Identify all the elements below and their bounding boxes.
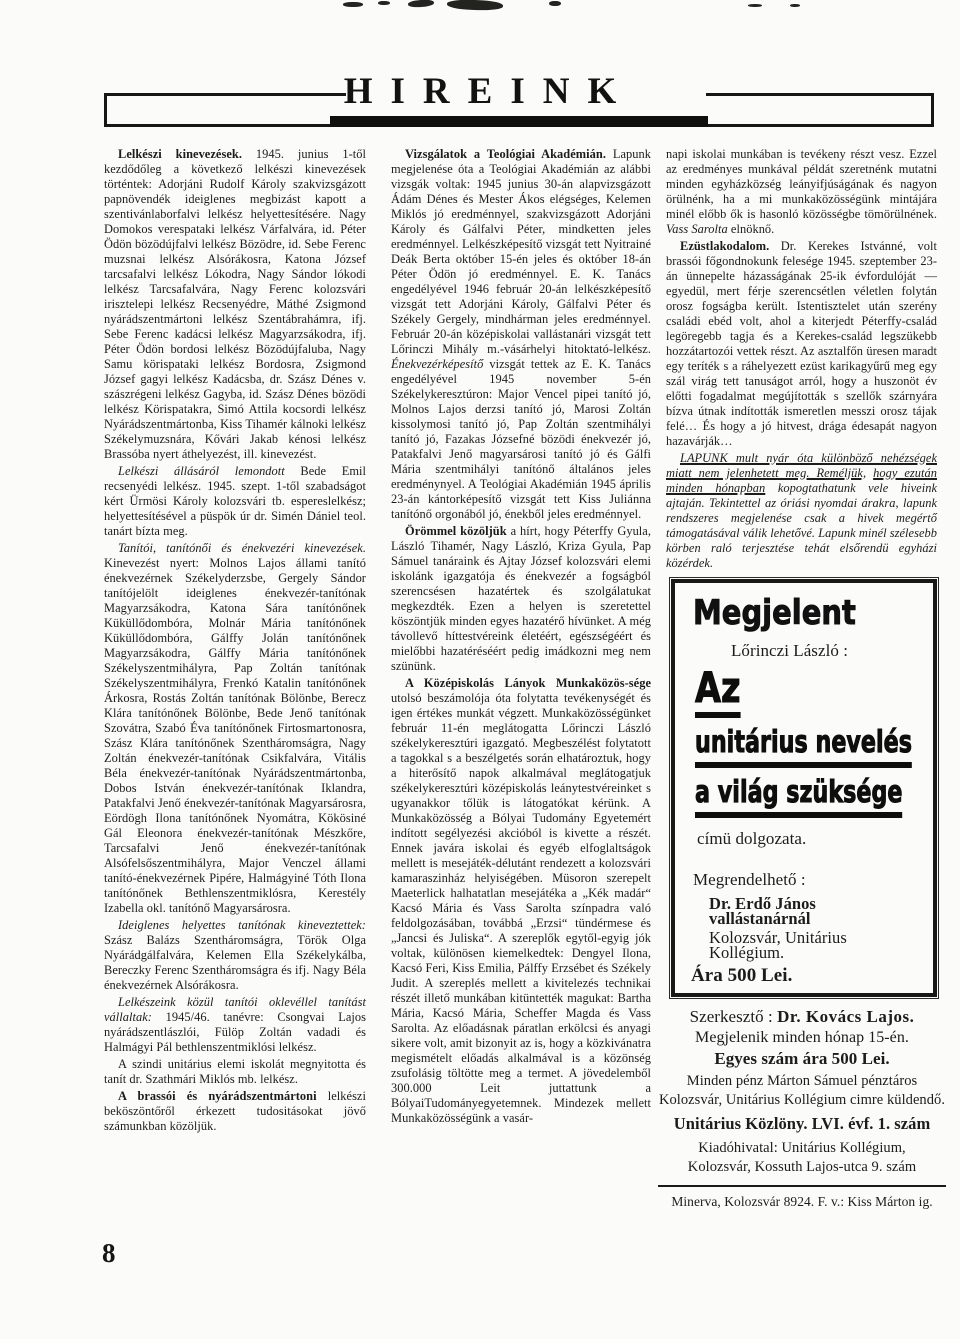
column-3-text: napi iskolai munkában is tevékeny részt … — [666, 147, 937, 571]
scan-smudge — [790, 4, 800, 7]
paragraph-text: utolsó beszámolója óta folytatta tevéken… — [391, 691, 651, 1125]
paragraph-text: Tanítói, tanítónői és énekvezéri kinevez… — [118, 541, 366, 555]
imprint-money-note: Minden pénz Márton Sámuel pénztáros Kolo… — [656, 1072, 948, 1109]
imprint-publisher: Kiadóhivatal: Unitárius Kollégium, Koloz… — [656, 1139, 948, 1177]
paragraph-text: Szász Balázs Szentháromságra, Török Olga… — [104, 933, 366, 992]
scan-smudge — [549, 1, 561, 6]
paragraph-lead: Ezüstlakodalom. — [680, 239, 769, 253]
decorative-rule — [708, 124, 934, 127]
paragraph-text: Lelkészi állásáról lemondott — [118, 464, 285, 478]
paragraph: Lelkészeink közül tanítói oklevéllel tan… — [104, 995, 366, 1055]
imprint-frequency: Megjelenik minden hónap 15-én. — [656, 1030, 948, 1045]
paragraph-text: Lapunk megjelenése óta a Teológiai Akadé… — [391, 147, 651, 356]
imprint-editor-name: Dr. Kovács Lajos. — [777, 1007, 914, 1026]
column-3: napi iskolai munkában is tevékeny részt … — [666, 147, 937, 1209]
scan-smudge — [748, 4, 762, 7]
imprint-editor: Szerkesztő : Dr. Kovács Lajos. — [656, 1009, 948, 1024]
imprint-issue-price: Egyes szám ára 500 Lei. — [656, 1051, 948, 1066]
paragraph-lead: Lelkészi kinevezések. — [118, 147, 242, 161]
imprint-money-note-line1: Minden pénz Márton Sámuel pénztáros — [656, 1072, 948, 1091]
paragraph-text: a hírt, hogy Péterffy Gyula, László Tiha… — [391, 524, 651, 673]
imprint-journal-issue: Unitárius Közlöny. LVI. évf. 1. szám — [656, 1116, 948, 1131]
scan-smudge — [378, 1, 390, 5]
paragraph: A Középiskolás Lányok Munkaközös-sége ut… — [391, 676, 651, 1126]
paragraph: Lelkészi állásáról lemondott Bede Emil r… — [104, 464, 366, 539]
paragraph-text: Dr. Kerekes Istvánné, volt brassói főgon… — [666, 239, 937, 448]
page-number: 8 — [102, 1238, 116, 1269]
advert-author: Lőrinczi László : — [731, 643, 921, 658]
paragraph: Ideiglenes helyettes tanítónak kinevezte… — [104, 918, 366, 993]
imprint-publisher-line2: Kolozsvár, Kossuth Lajos-utca 9. szám — [656, 1158, 948, 1177]
paragraph: Örömmel közöljük a hírt, hogy Péterffy G… — [391, 524, 651, 674]
advert-title-line-3: a világ szüksége — [695, 777, 903, 818]
paragraph-lead: Örömmel közöljük — [405, 524, 507, 538]
advert-title-line-1: Az — [695, 667, 741, 718]
paragraph: napi iskolai munkában is tevékeny részt … — [666, 147, 937, 237]
scan-smudge — [408, 0, 434, 8]
paragraph: LAPUNK mult nyár óta különböző nehézsége… — [666, 451, 937, 571]
advert-order-address: Kolozsvár, Unitárius Kollégium. — [709, 930, 921, 960]
paragraph: A brassói és nyárádszentmártoni lelkészi… — [104, 1089, 366, 1134]
scan-smudge — [447, 0, 503, 11]
paragraph-text: Vass Sarolta — [666, 222, 728, 236]
advert-price: Ára 500 Lei. — [691, 968, 921, 983]
paragraph-text: Kinevezést nyert: Molnos Lajos állami ta… — [104, 556, 366, 915]
section-title: HIREINK — [0, 70, 960, 113]
column-2: Vizsgálatok a Teológiai Akadémián. Lapun… — [391, 147, 651, 1128]
imprint-money-note-line2: Kolozsvár, Unitárius Kollégium cimre kül… — [656, 1091, 948, 1110]
scan-smudge — [343, 2, 363, 7]
advert-title-line-2: unitárius nevelés — [695, 727, 912, 768]
scanned-newspaper-page: HIREINK Lelkészi kinevezések. 1945. juni… — [0, 0, 960, 1339]
imprint-divider-rule — [658, 1185, 946, 1187]
paragraph-text: 1945. junius 1-től kezdődőleg a következ… — [104, 147, 366, 461]
paragraph-text: Ideiglenes helyettes tanítónak kinevezte… — [118, 918, 366, 932]
paragraph: Ezüstlakodalom. Dr. Kerekes Istvánné, vo… — [666, 239, 937, 449]
advert-order-name: Dr. Erdő János vallástanárnál — [709, 896, 921, 926]
paragraph-lead: sége — [629, 676, 651, 690]
imprint-printer-line: Minerva, Kolozsvár 8924. F. v.: Kiss Már… — [656, 1194, 948, 1209]
decorative-rule — [104, 124, 332, 127]
paragraph: Vizsgálatok a Teológiai Akadémián. Lapun… — [391, 147, 651, 522]
paragraph: Lelkészi kinevezések. 1945. junius 1-től… — [104, 147, 366, 462]
paragraph-text: Énekvezérképesítő — [391, 357, 483, 371]
paragraph-lead: A brassói és nyárádszentmártoni — [118, 1089, 317, 1103]
advert-published-label: Megjelent — [693, 595, 856, 631]
imprint-block: Szerkesztő : Dr. Kovács Lajos. Megjeleni… — [656, 1009, 948, 1209]
advert-subtitle: címü dolgozata. — [697, 831, 921, 846]
paragraph-text: vizsgát tettek az E. K. Tanács engedélyé… — [391, 357, 651, 521]
paragraph: Tanítói, tanítónői és énekvezéri kinevez… — [104, 541, 366, 916]
paragraph-lead: A Középiskolás Lányok Munkaközös- — [405, 676, 629, 690]
column-1: Lelkészi kinevezések. 1945. junius 1-től… — [104, 147, 366, 1136]
imprint-editor-label: Szerkesztő : — [690, 1007, 773, 1026]
paragraph-text: elnöknő. — [728, 222, 775, 236]
paragraph-text: A szindi unitárius elemi iskolát megnyit… — [104, 1057, 366, 1086]
imprint-publisher-line1: Kiadóhivatal: Unitárius Kollégium, — [656, 1139, 948, 1158]
paragraph-lead: Vizsgálatok a Teológiai Akadémián. — [405, 147, 606, 161]
paragraph-text: napi iskolai munkában is tevékeny részt … — [666, 147, 937, 221]
paragraph: A szindi unitárius elemi iskolát megnyit… — [104, 1057, 366, 1087]
decorative-bar — [330, 116, 708, 127]
advert-box: Megjelent Lőrinczi László : Az unitárius… — [671, 579, 937, 997]
advert-order-label: Megrendelhető : — [693, 872, 921, 887]
